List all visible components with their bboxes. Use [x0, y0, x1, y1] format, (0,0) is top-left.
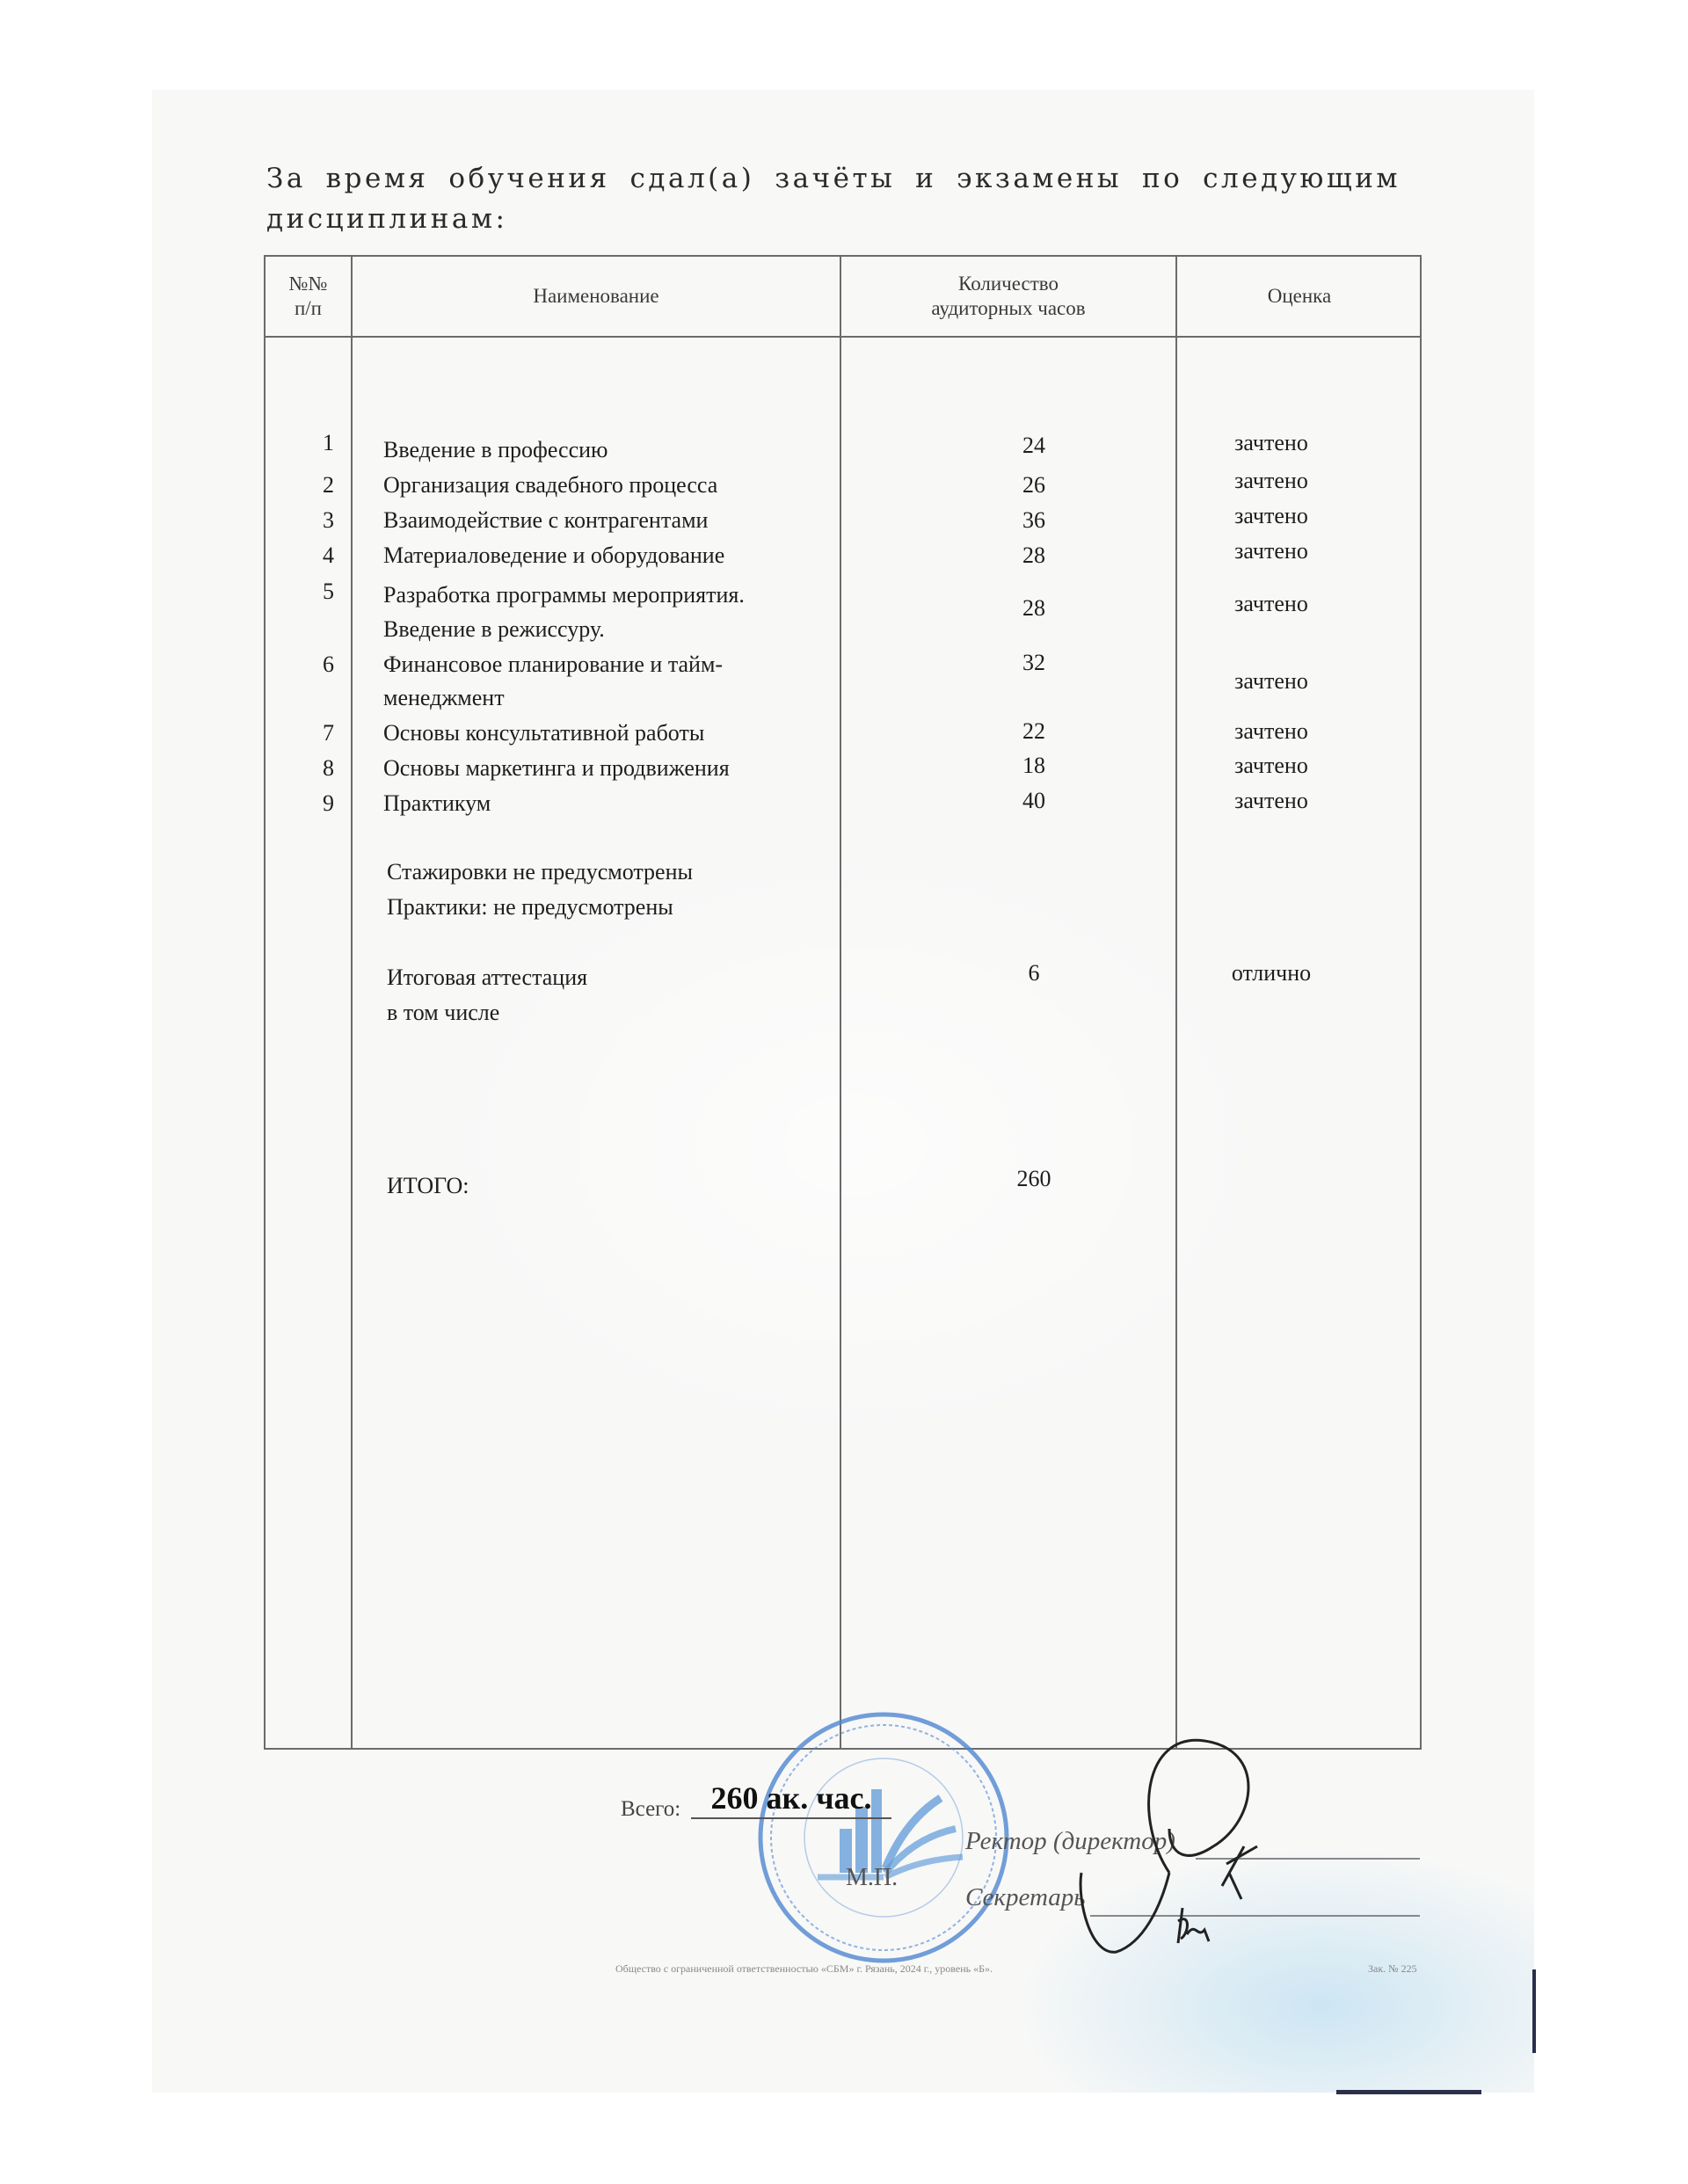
row-name: Финансовое планирование и тайм- [383, 648, 723, 681]
header-hours: Количество аудиторных часов [841, 257, 1175, 336]
row-num: 3 [299, 504, 334, 537]
paper-edge-shadow [1532, 1969, 1536, 2053]
row-hours: 22 [999, 715, 1069, 748]
order-number: Зак. № 225 [1368, 1962, 1417, 1976]
row-num: 8 [299, 752, 334, 785]
row-name: Основы маркетинга и продвижения [383, 752, 730, 785]
row-grade: зачтено [1210, 587, 1333, 621]
row-num: 6 [299, 648, 334, 681]
row-hours: 28 [999, 592, 1069, 625]
table-divider [840, 257, 841, 1748]
row-name: Разработка программы мероприятия. [383, 579, 745, 612]
total-value: 260 ак. час. [691, 1779, 891, 1819]
row-num: 2 [299, 469, 334, 502]
row-grade: зачтено [1210, 426, 1333, 460]
row-hours: 26 [999, 469, 1069, 502]
row-name: Основы консультативной работы [383, 717, 704, 750]
header-hours-label: Количество аудиторных часов [912, 272, 1105, 321]
table-header-divider [266, 336, 1420, 338]
page-heading: За время обучения сдал(а) зачёты и экзам… [266, 158, 1401, 239]
row-name: Практикум [383, 787, 491, 820]
stamp-place-label: М.П. [846, 1864, 898, 1892]
final-attestation-grade: отлично [1210, 957, 1333, 990]
row-grade: зачтено [1210, 464, 1333, 498]
final-attestation-sublabel: в том числе [387, 996, 499, 1030]
total-label: ИТОГО: [387, 1169, 469, 1203]
handwritten-signature-icon [1037, 1723, 1328, 1969]
row-num: 5 [299, 575, 334, 608]
row-hours: 24 [999, 429, 1069, 462]
header-num: №№ п/п [266, 257, 351, 336]
row-num: 9 [299, 787, 334, 820]
header-grade-label: Оценка [1268, 284, 1331, 309]
header-name: Наименование [353, 257, 840, 336]
row-num: 1 [299, 426, 334, 460]
row-hours: 28 [999, 539, 1069, 572]
header-grade: Оценка [1177, 257, 1422, 336]
final-attestation-hours: 6 [999, 957, 1069, 990]
table-divider [1175, 257, 1177, 1748]
paper-edge-shadow [1336, 2090, 1481, 2094]
total-label: Всего: [621, 1797, 680, 1822]
row-name: Введение в профессию [383, 433, 608, 467]
row-name: Материаловедение и оборудование [383, 539, 724, 572]
row-name-continued: менеджмент [383, 681, 505, 715]
row-num: 7 [299, 717, 334, 750]
row-hours: 40 [999, 784, 1069, 818]
row-grade: зачтено [1210, 749, 1333, 783]
row-grade: зачтено [1210, 665, 1333, 698]
header-num-label: №№ п/п [282, 272, 335, 321]
header-name-label: Наименование [533, 284, 658, 309]
row-name: Организация свадебного процесса [383, 469, 717, 502]
row-grade: зачтено [1210, 715, 1333, 748]
row-hours: 18 [999, 749, 1069, 783]
practices-note: Практики: не предусмотрены [387, 891, 673, 924]
row-hours: 32 [999, 646, 1069, 680]
row-hours: 36 [999, 504, 1069, 537]
publisher-footer: Общество с ограниченной ответственностью… [615, 1962, 993, 1976]
row-name: Взаимодействие с контрагентами [383, 504, 708, 537]
internships-note: Стажировки не предусмотрены [387, 855, 693, 889]
table-divider [351, 257, 353, 1748]
row-name-continued: Введение в режиссуру. [383, 613, 605, 646]
row-grade: зачтено [1210, 535, 1333, 568]
final-attestation-label: Итоговая аттестация [387, 961, 587, 994]
row-grade: зачтено [1210, 499, 1333, 533]
row-num: 4 [299, 539, 334, 572]
total-hours: 260 [999, 1162, 1069, 1196]
row-grade: зачтено [1210, 784, 1333, 818]
